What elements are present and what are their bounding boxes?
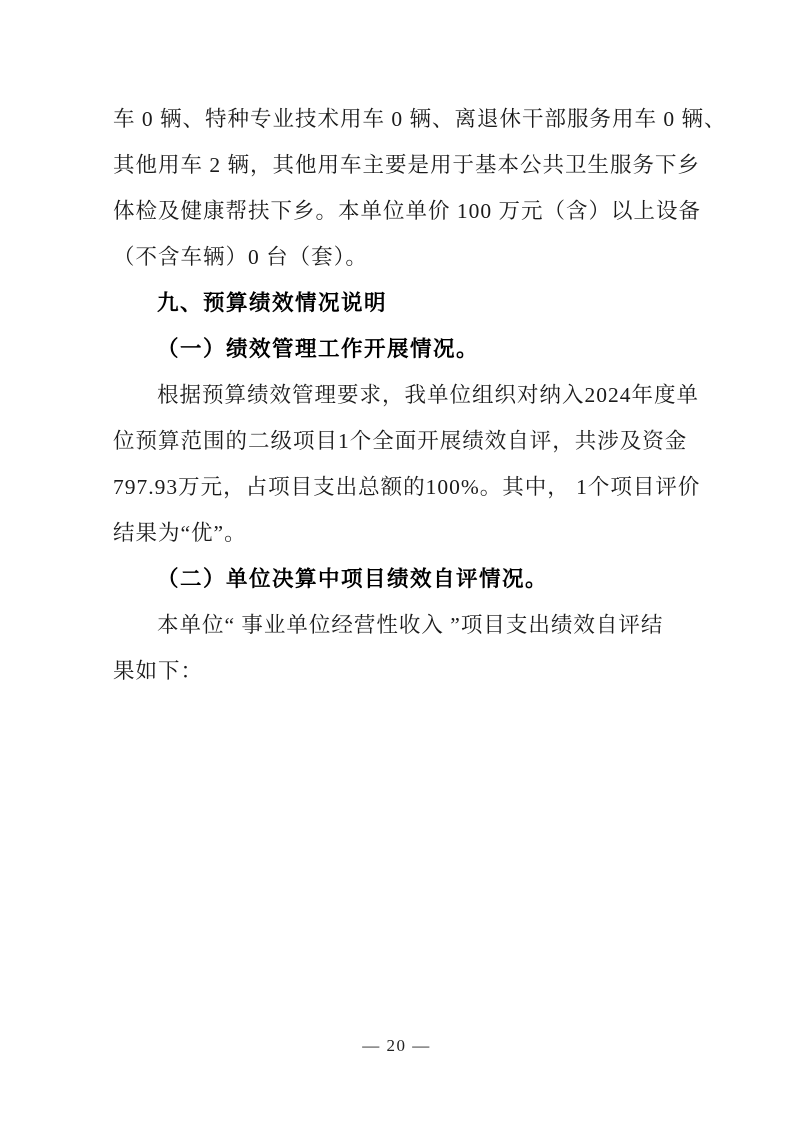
subsection-one-heading: （一）绩效管理工作开展情况。 xyxy=(113,326,677,372)
subsection-one-paragraph-line: 797.93万元，占项目支出总额的100%。其中， 1个项目评价 xyxy=(113,464,677,510)
subsection-two-heading: （二）单位决算中项目绩效自评情况。 xyxy=(113,556,677,602)
page-footer: — 20 — xyxy=(0,1036,793,1056)
paragraph-continuation-line: 车 0 辆、特种专业技术用车 0 辆、离退休干部服务用车 0 辆、 xyxy=(113,96,677,142)
document-content: 车 0 辆、特种专业技术用车 0 辆、离退休干部服务用车 0 辆、 其他用车 2… xyxy=(113,96,677,694)
document-page: 车 0 辆、特种专业技术用车 0 辆、离退休干部服务用车 0 辆、 其他用车 2… xyxy=(0,0,793,1122)
section-heading-nine: 九、预算绩效情况说明 xyxy=(113,280,677,326)
paragraph-continuation-line: 其他用车 2 辆，其他用车主要是用于基本公共卫生服务下乡 xyxy=(113,142,677,188)
paragraph-continuation-line: 体检及健康帮扶下乡。本单位单价 100 万元（含）以上设备 xyxy=(113,188,677,234)
subsection-one-paragraph-line: 根据预算绩效管理要求，我单位组织对纳入2024年度单 xyxy=(113,372,677,418)
subsection-one-paragraph-line: 结果为“优”。 xyxy=(113,510,677,556)
subsection-two-paragraph-line: 本单位“ 事业单位经营性收入 ”项目支出绩效自评结 xyxy=(113,602,677,648)
subsection-one-paragraph-line: 位预算范围的二级项目1个全面开展绩效自评，共涉及资金 xyxy=(113,418,677,464)
page-number: — 20 — xyxy=(362,1036,431,1055)
paragraph-continuation-line: （不含车辆）0 台（套）。 xyxy=(113,234,677,280)
subsection-two-paragraph-line: 果如下： xyxy=(113,648,677,694)
